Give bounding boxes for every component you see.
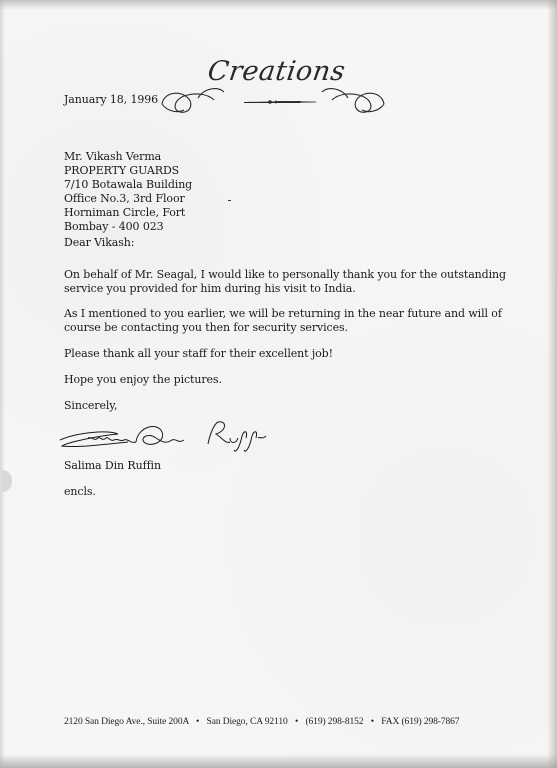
scan-edge-left [0, 0, 5, 768]
footer-phone: (619) 298-8152 [305, 717, 363, 727]
recipient-name: Mr. Vikash Verma [64, 150, 192, 164]
letter-page: Creations January 18, 1996 Mr. Vikash Ve… [0, 0, 557, 768]
recipient-address-line: Horniman Circle, Fort [64, 206, 192, 220]
paragraph-line: On behalf of Mr. Seagal, I would like to… [64, 268, 506, 282]
closing: Sincerely, [64, 399, 117, 412]
body-paragraph: Please thank all your staff for their ex… [64, 347, 333, 361]
recipient-address-line: Office No.3, 3rd Floor [64, 192, 192, 206]
enclosure-note: encls. [64, 485, 96, 498]
recipient-address: Mr. Vikash Verma PROPERTY GUARDS 7/10 Bo… [64, 150, 192, 234]
letterhead-footer: 2120 San Diego Ave., Suite 200A • San Di… [64, 717, 459, 727]
flourish-ornament-icon [158, 80, 388, 120]
scan-edge-top [0, 0, 557, 10]
body-paragraph: Hope you enjoy the pictures. [64, 373, 222, 387]
body-paragraph: As I mentioned to you earlier, we will b… [64, 307, 502, 335]
paragraph-line: service you provided for him during his … [64, 282, 506, 296]
paragraph-line: Hope you enjoy the pictures. [64, 373, 222, 387]
scan-edge-right [547, 0, 557, 768]
paragraph-line: course be contacting you then for securi… [64, 321, 502, 335]
letter-date: January 18, 1996 [64, 93, 158, 106]
punch-hole [2, 470, 12, 492]
paragraph-line: As I mentioned to you earlier, we will b… [64, 307, 502, 321]
salutation: Dear Vikash: [64, 236, 134, 249]
recipient-city: Bombay - 400 023 [64, 220, 192, 234]
footer-address: 2120 San Diego Ave., Suite 200A [64, 717, 189, 727]
scan-speck [228, 200, 231, 201]
recipient-company: PROPERTY GUARDS [64, 164, 192, 178]
recipient-address-line: 7/10 Botawala Building [64, 178, 192, 192]
handwritten-signature-icon [58, 416, 268, 456]
paragraph-line: Please thank all your staff for their ex… [64, 347, 333, 361]
signer-name: Salima Din Ruffin [64, 459, 161, 472]
footer-separator: • [196, 717, 199, 727]
body-paragraph: On behalf of Mr. Seagal, I would like to… [64, 268, 506, 296]
footer-separator: • [371, 717, 374, 727]
scan-edge-bottom [0, 754, 557, 768]
footer-fax: FAX (619) 298-7867 [381, 717, 459, 727]
footer-separator: • [295, 717, 298, 727]
footer-city: San Diego, CA 92110 [207, 717, 288, 727]
